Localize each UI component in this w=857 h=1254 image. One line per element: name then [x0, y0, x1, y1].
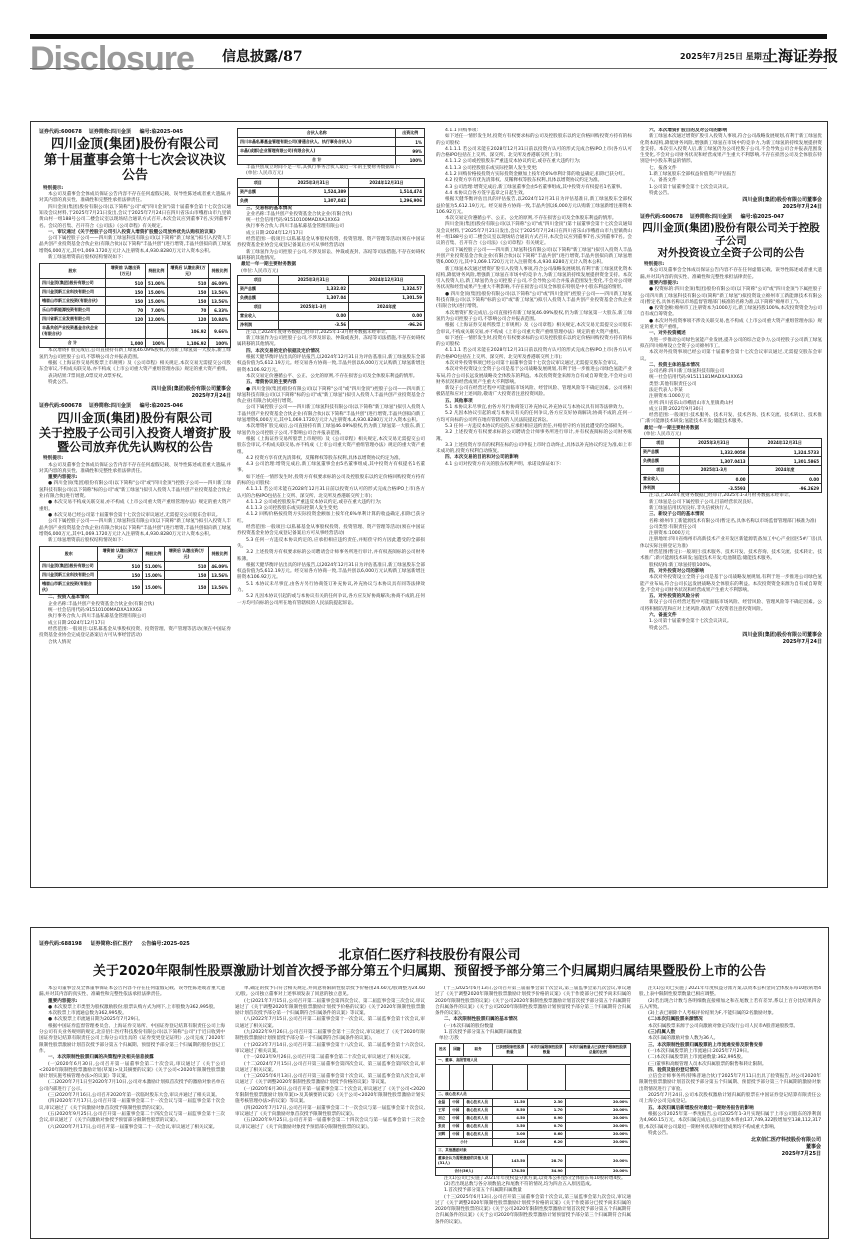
table-row: 董事会认为需要激励的其他人员(31人)143.5028.7020.00% [436, 1154, 631, 1167]
notice2-title: 四川金顶(集团)股份有限公司 关于控股子公司引入投资人增资扩股 暨公司放弃优先认… [39, 411, 231, 454]
table-total-row: 合 计1,000100%1,106.92100% [40, 339, 231, 348]
table-row: 丰晶(成都)企业管理有限公司(有限合伙人)99% [238, 147, 425, 156]
table-row: 金磊中国核心技术人员11.502.3020.00% [436, 1098, 631, 1106]
table-row: 四川金顶新工业科技有限公司15015.00%15013.56% [40, 288, 231, 297]
table-row: 营业收入0.000.00 [641, 475, 822, 484]
table-section-row: 一、董事、高级管理人员 [436, 1056, 631, 1064]
masthead-logo: Disclosure [30, 42, 194, 76]
notice2-cont-body-2: 注:以上2024年度财务数据已经审计,2025年1-3月财务数据未经审计。 新工… [237, 330, 425, 607]
table-total-row: 合 计100% [238, 156, 425, 165]
notice3-title: 四川金顶(集团)股份有限公司关于控股子公司 对外投资设立全资子公司的公告 [640, 222, 822, 260]
section-title: 信息披露/87 [222, 46, 303, 66]
notice4-column-3: (十三)2025年6月13日,公司召开第三届董事会第十次会议,第三届监事会第九次… [435, 986, 631, 1234]
masthead-sub-rule [30, 68, 827, 69]
notice4-column-4-text: 注:(1)公司已实施了2021年年度权益分派方案,以资本公积金向全体股东每10股… [639, 986, 821, 1137]
table-row: 四川金顶(集团)股份有限公司51051.00%51046.09% [40, 279, 231, 288]
column-1: 证券代码:600678 证券简称:四川金顶 编号:临2025-045 四川金顶(… [39, 128, 231, 883]
table-row: 峨眉山市新工业投资(有限合伙)15015.00%15013.56% [40, 297, 231, 306]
notice2-investor: 二、投资人基本情况 企业名称:丰晶共创产业投资基金合伙企业(有限合伙) 统一社会… [39, 595, 231, 645]
notice2-section3: 三、交易标的基本情况 企业名称:丰晶共创产业投资基金合伙企业(有限合伙) 统一社… [237, 206, 425, 275]
table-header-row: 股东 增资前 认缴出资(万元) 持股比例 增资后 认缴出资(万元) 持股比例 [40, 547, 231, 562]
table-header-row: 合伙人名称出资比例 [238, 129, 425, 138]
notice4-meta: 证券代码:688198 证券简称:佰仁医疗 公告编号:2025-025 [39, 940, 190, 947]
notice2-signature: 四川金顶(集团)股份有限公司董事会 2025年7月24日 [640, 197, 822, 211]
table-row: 丰晶共创产业投资基金合伙企业(有限合伙)106.929.66% [40, 324, 231, 339]
table-row: 王军中国核心技术人员8.501.7020.00% [436, 1106, 631, 1114]
vesting-table: 姓名 国籍 职务 已获授限制性股票数量 本次归属限制性股票数量 本次归属数量占已… [435, 1043, 631, 1176]
table-row: 项目2025年1-3月2024年度 [238, 302, 425, 311]
table-header-row: 项目2025年3月31日2024年12月31日 [238, 275, 425, 284]
notice2-body: 特别提示: 本公司及董事会全体成员保证公告内容不存在任何虚假记载、误导性陈述或者… [39, 456, 231, 544]
table-header-row: 姓名 国籍 职务 已获授限制性股票数量 本次归属限制性股票数量 本次归属数量占已… [436, 1043, 631, 1056]
table-row: 四川省新工业发展有限公司12012.00%12010.84% [40, 315, 231, 324]
column-2: 合伙人名称出资比例 四川丰晶私募基金管理有限公司(普通合伙人、执行事务合伙人)1… [237, 128, 425, 883]
notice3-body-2: 注:以上2024年度财务数据已经审计,2025年1-3月财务数据未经审计。 新工… [640, 493, 822, 632]
notice1-body: 特别提示: 本公司及董事会全体成员保证公告内容不存在任何虚假记载、误导性陈述或者… [39, 186, 231, 262]
table-row: 四川丰晶私募基金管理有限公司(普通合伙人、执行事务合伙人)1% [238, 138, 425, 147]
table-total-row: 合计(36人)174.5034.9020.00% [436, 1167, 631, 1175]
notice1-equity-table: 股东 增资前 认缴出资(万元) 持股比例 增资后 认缴出资(万元) 持股比例 四… [39, 263, 231, 348]
target-financials-table: 项目2025年3月31日2024年12月31日 资产总额1,332.021,32… [237, 275, 425, 330]
notice4-title: 北京佰仁医疗科技股份有限公司 关于2020年限制性股票激励计划首次授予部分第五个… [31, 948, 828, 979]
partners-table: 合伙人名称出资比例 四川丰晶私募基金管理有限公司(普通合伙人、执行事务合伙人)1… [237, 128, 425, 165]
notice3-signature: 四川金顶(集团)股份有限公司董事会 2025年7月24日 [640, 632, 822, 646]
notice-block-bottom: 证券代码:688198 证券简称:佰仁医疗 公告编号:2025-025 北京佰仁… [30, 927, 829, 1239]
notice1-body-2: 本次增资扩股完成后,公司直接持有新工绿氢46.09%股权,仍为新工绿氢第一大股东… [39, 348, 231, 386]
table-row: 营业收入0.000.00 [238, 311, 425, 320]
column-3: 4.1.1 回购事项: 如下述任一情形发生时,投资方有权要求标的公司及控股股东以… [436, 128, 632, 883]
table-header-row: 项目2025年3月31日2024年12月31日 [238, 178, 425, 187]
table-subtotal-row: 小计31.006.2020.00% [436, 1138, 631, 1146]
table-row: 项目2025年1-3月2024年度 [641, 466, 822, 475]
column-4: 六、本次增资扩股目的及对公司的影响 新工绿氢本次通过增资扩股引入投资人事项,符合… [640, 128, 822, 883]
table-row: 乐山市新能源投资有限公司707.00%706.33% [40, 306, 231, 315]
table-row: 负债总额1,307.041,301.59 [238, 293, 425, 302]
notice2-equity-table: 股东 增资前 认缴出资(万元) 持股比例 增资后 认缴出资(万元) 持股比例 四… [39, 546, 231, 595]
table-row: 张亮中国核心技术人员3.500.7020.00% [436, 1122, 631, 1130]
notice-block-left: 证券代码:600678 证券简称:四川金顶 编号:临2025-045 四川金顶(… [30, 121, 432, 888]
notice4-column-2: 单,确定的授予日符合相关规定,并同意将限制性股票授予价格由24.60元/股调整为… [235, 986, 425, 1234]
table-section-row: 二、核心技术人员 [436, 1090, 631, 1098]
table-row: 负债1,307,0421,296,906 [238, 196, 425, 205]
table-row: 四川金顶(集团)股份有限公司51051.00%51046.09% [40, 562, 231, 571]
notice4-column-4: 注:(1)公司已实施了2021年年度权益分派方案,以资本公积金向全体股东每10股… [639, 986, 821, 1234]
table-row: 资产总额1,332.021,324.57 [238, 284, 425, 293]
agreement-terms: 4.1.1 回购事项: 如下述任一情形发生时,投资方有权要求标的公司及控股股东以… [436, 128, 632, 468]
notice4-signature: 北京佰仁医疗科技股份有限公司 董事会 2025年7月25日 [639, 1137, 821, 1158]
notice3-body: 特别提示: 本公司及董事会全体成员保证公告内容不存在任何虚假记载、误导性陈述或者… [640, 262, 822, 438]
notice3-meta: 证券代码:600678 证券简称:四川金顶 编号:临2025-047 [640, 213, 822, 220]
table-row: 资产总额1,332.00581,324.5733 [641, 448, 822, 457]
table-row: 净利润-3.5593-96.2629 [641, 484, 822, 493]
table-row: 资产总额1,524,3891,514,474 [238, 187, 425, 196]
table-header-row: 项目2025年3月31日2024年12月31日 [641, 439, 822, 448]
notice2-conclusion: 六、本次增资扩股目的及对公司的影响 新工绿氢本次通过增资扩股引入投资人事项,符合… [640, 128, 822, 197]
notice1-signature: 四川金顶(集团)股份有限公司董事会 2025年7月24日 [39, 386, 231, 400]
table-row: 刘立中国核心技术人员4.500.9020.00% [436, 1114, 631, 1122]
notice4-column-1: 本公司董事会及全体董事保证本公告内容不存在任何虚假记载、误导性陈述或者重大遗漏,… [39, 986, 225, 1234]
newspaper-name: 上海证券报 [763, 45, 838, 66]
notice4-table-notes: 注:(1)公司已实施了2021年年度权益分派方案,以资本公积金向全体股东每10股… [435, 1176, 631, 1226]
issue-date: 2025年7月25日 星期五 [680, 51, 770, 62]
notice1-meta: 证券代码:600678 证券简称:四川金顶 编号:临2025-045 [39, 128, 231, 135]
table-row [436, 1064, 631, 1090]
notice2-meta: 证券代码:600678 证券简称:四川金顶 编号:临2025-046 [39, 402, 231, 409]
table-row: 刘辉中国核心技术人员3.000.6020.00% [436, 1130, 631, 1138]
notice-block-right: 4.1.1 回购事项: 如下述任一情形发生时,投资方有权要求标的公司及控股股东以… [430, 121, 828, 888]
masthead-rule [30, 34, 827, 39]
notice3-financials-table: 项目2025年3月31日2024年12月31日 资产总额1,332.00581,… [640, 438, 822, 493]
table-section-row: 三、其他激励对象 [436, 1146, 631, 1154]
table-header-row: 股东 增资前 认缴出资(万元) 持股比例 增资后 认缴出资(万元) 持股比例 [40, 264, 231, 279]
table-row: 净利润-3.56-96.26 [238, 320, 425, 329]
table-row: 负债总额1,307.04131,301.5865 [641, 457, 822, 466]
investor-financials-table: 项目2025年3月31日2024年12月31日 资产总额1,524,3891,5… [237, 178, 425, 206]
notice2-cont-body: 丰晶共创成立时间不足一年,其执行事务合伙人最近一年的主要财务数据如下: (单位:… [237, 165, 425, 178]
notice4-column-3-text: (十三)2025年6月13日,公司召开第三届董事会第十次会议,第三届监事会第九次… [435, 986, 631, 1043]
table-row: 四川金顶新工业科技有限公司15015.00%15013.56% [40, 571, 231, 580]
notice1-title: 四川金顶(集团)股份有限公司 第十届董事会第十七次会议决议公告 [39, 137, 231, 184]
table-row: 峨眉山市新工业投资(有限合伙)15015.00%15013.56% [40, 580, 231, 595]
